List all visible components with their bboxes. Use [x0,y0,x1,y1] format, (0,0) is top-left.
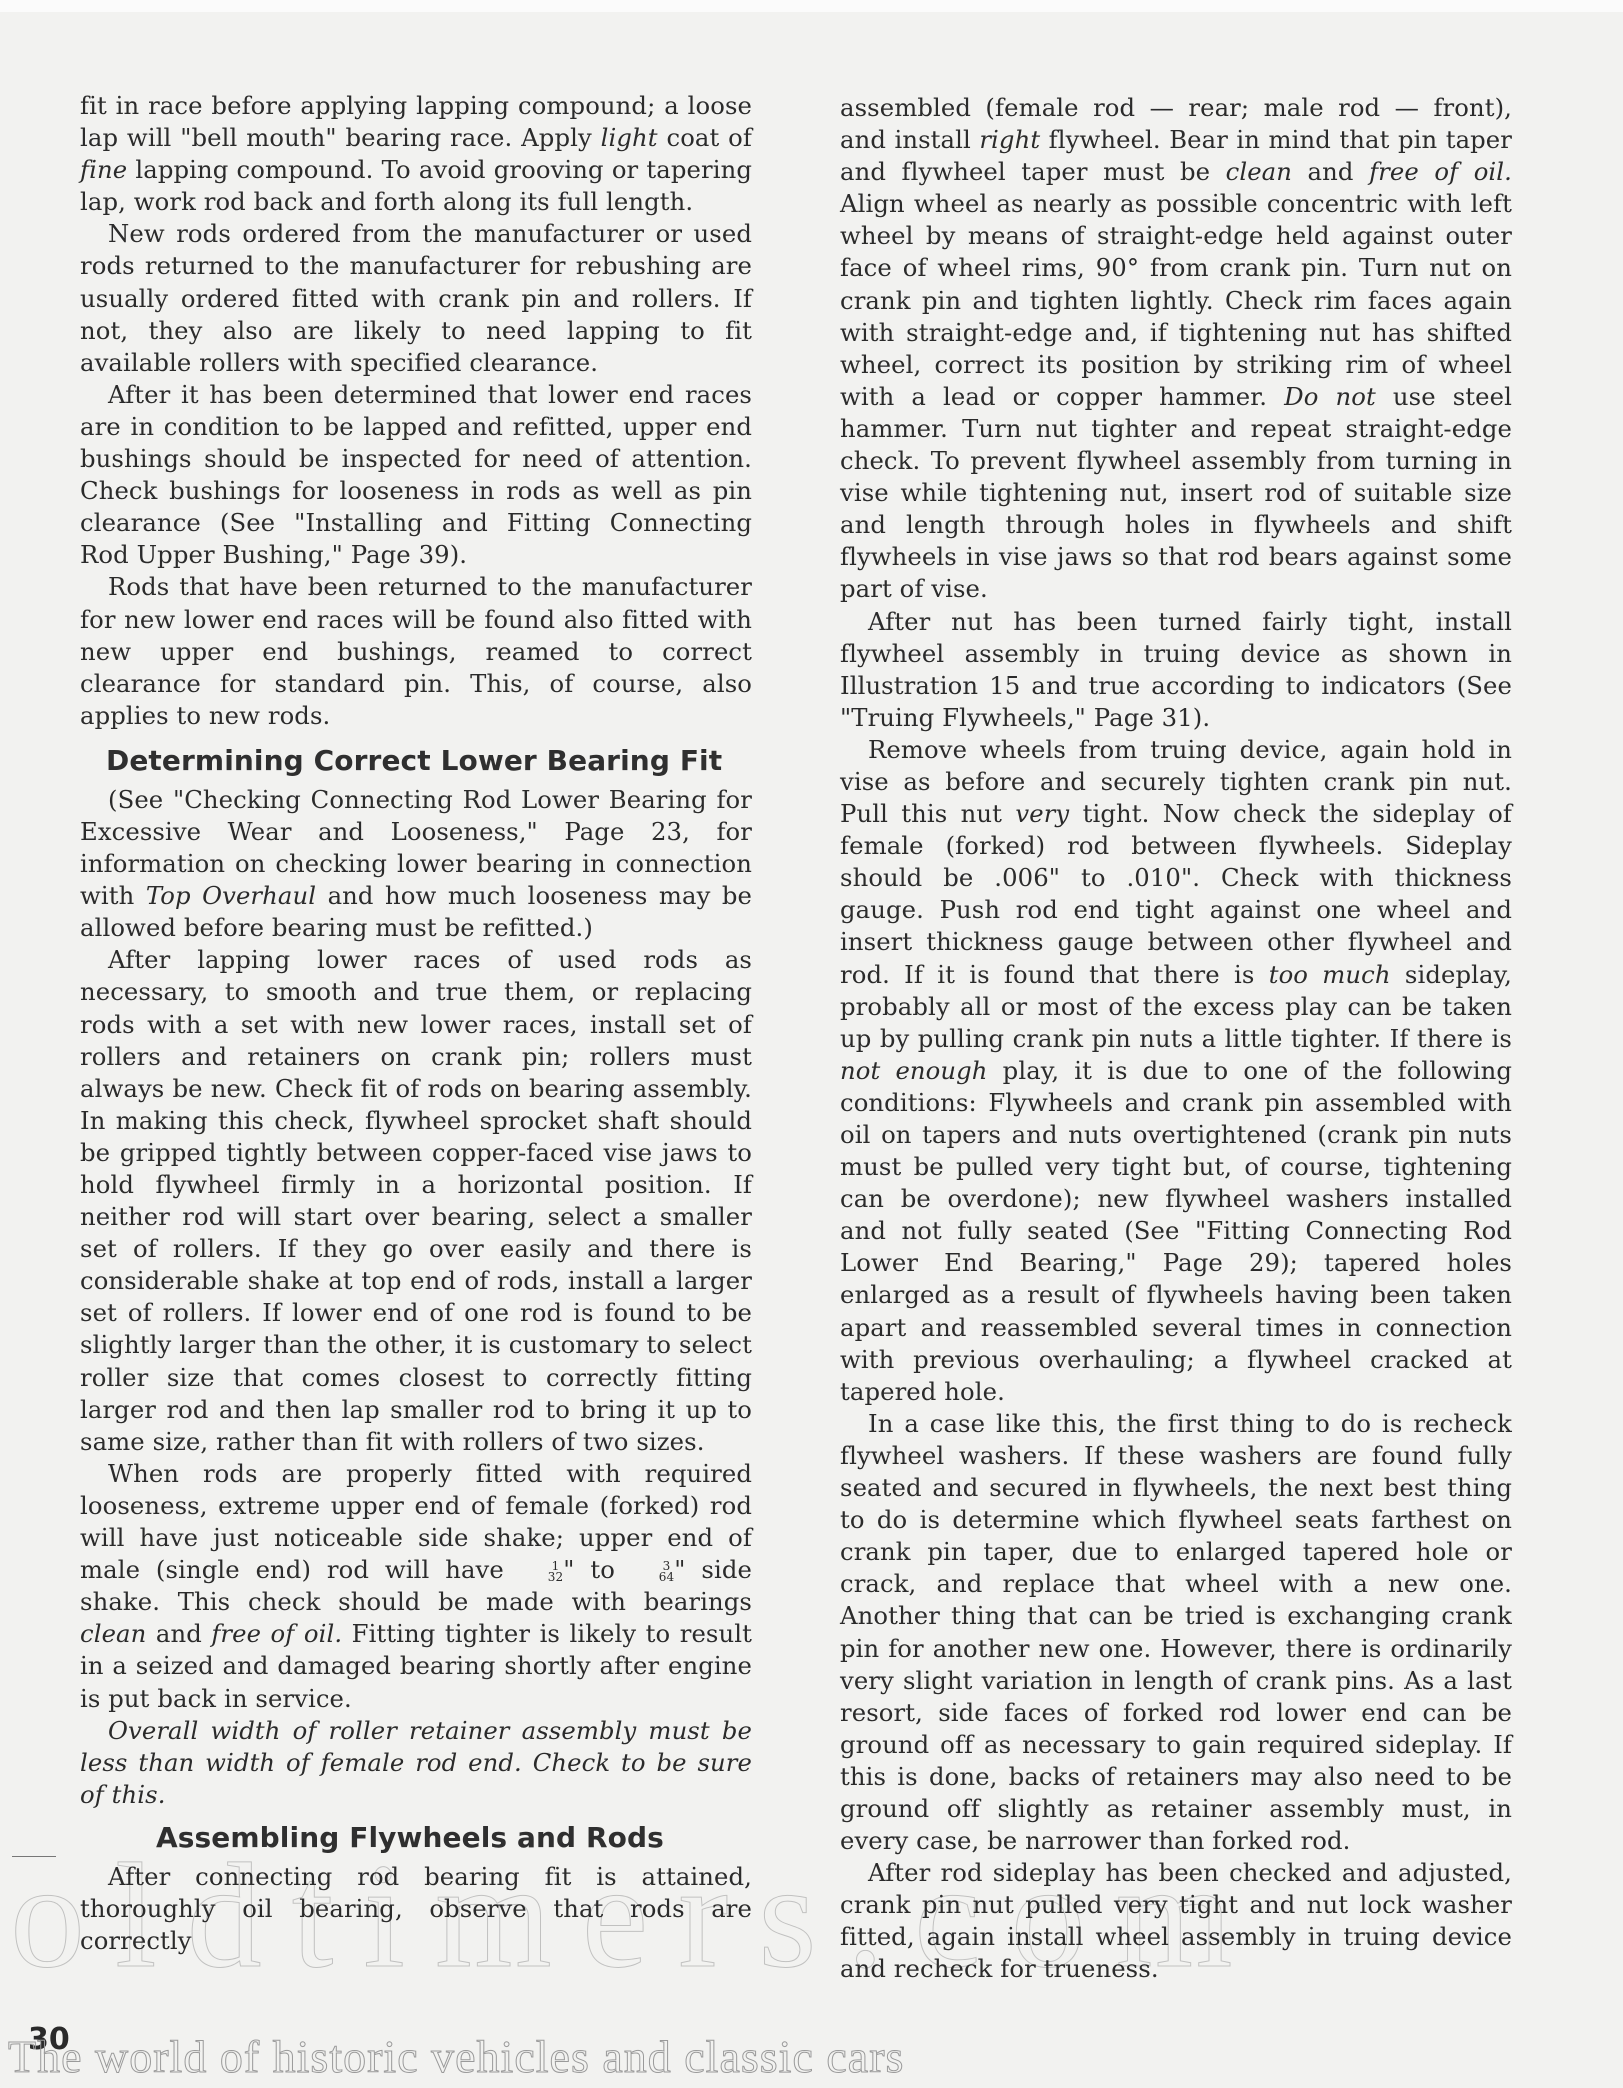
paragraph: assembled (female rod — rear; male rod —… [840,92,1512,606]
section-heading: Assembling Flywheels and Rods [156,1821,752,1855]
paragraph: New rods ordered from the manufacturer o… [80,218,752,378]
paragraph: (See "Checking Connecting Rod Lower Bear… [80,784,752,944]
paragraph: When rods are properly fitted with requi… [80,1458,752,1715]
paragraph: After lapping lower races of used rods a… [80,944,752,1458]
document-page: oldtimers.com fit in race before applyin… [0,0,1623,2088]
right-column: assembled (female rod — rear; male rod —… [840,92,1512,1986]
page-top-edge [0,0,1623,12]
paragraph: After it has been determined that lower … [80,379,752,572]
margin-rule [12,1856,56,1857]
paragraph: Rods that have been returned to the manu… [80,571,752,731]
paragraph: fit in race before applying lapping comp… [80,90,752,218]
section-heading: Determining Correct Lower Bearing Fit [106,744,752,778]
fraction: 132 [520,1561,563,1583]
paragraph: In a case like this, the first thing to … [840,1408,1512,1857]
paragraph: After rod sideplay has been checked and … [840,1857,1512,1985]
paragraph: After connecting rod bearing fit is atta… [80,1861,752,1957]
paragraph: Remove wheels from truing device, again … [840,734,1512,1408]
paragraph-italic: Overall width of roller retainer assembl… [80,1715,752,1811]
left-column: fit in race before applying lapping comp… [80,90,752,1957]
fraction: 364 [631,1561,674,1583]
watermark-tagline: The world of historic vehicles and class… [8,2030,904,2083]
paragraph: After nut has been turned fairly tight, … [840,606,1512,734]
